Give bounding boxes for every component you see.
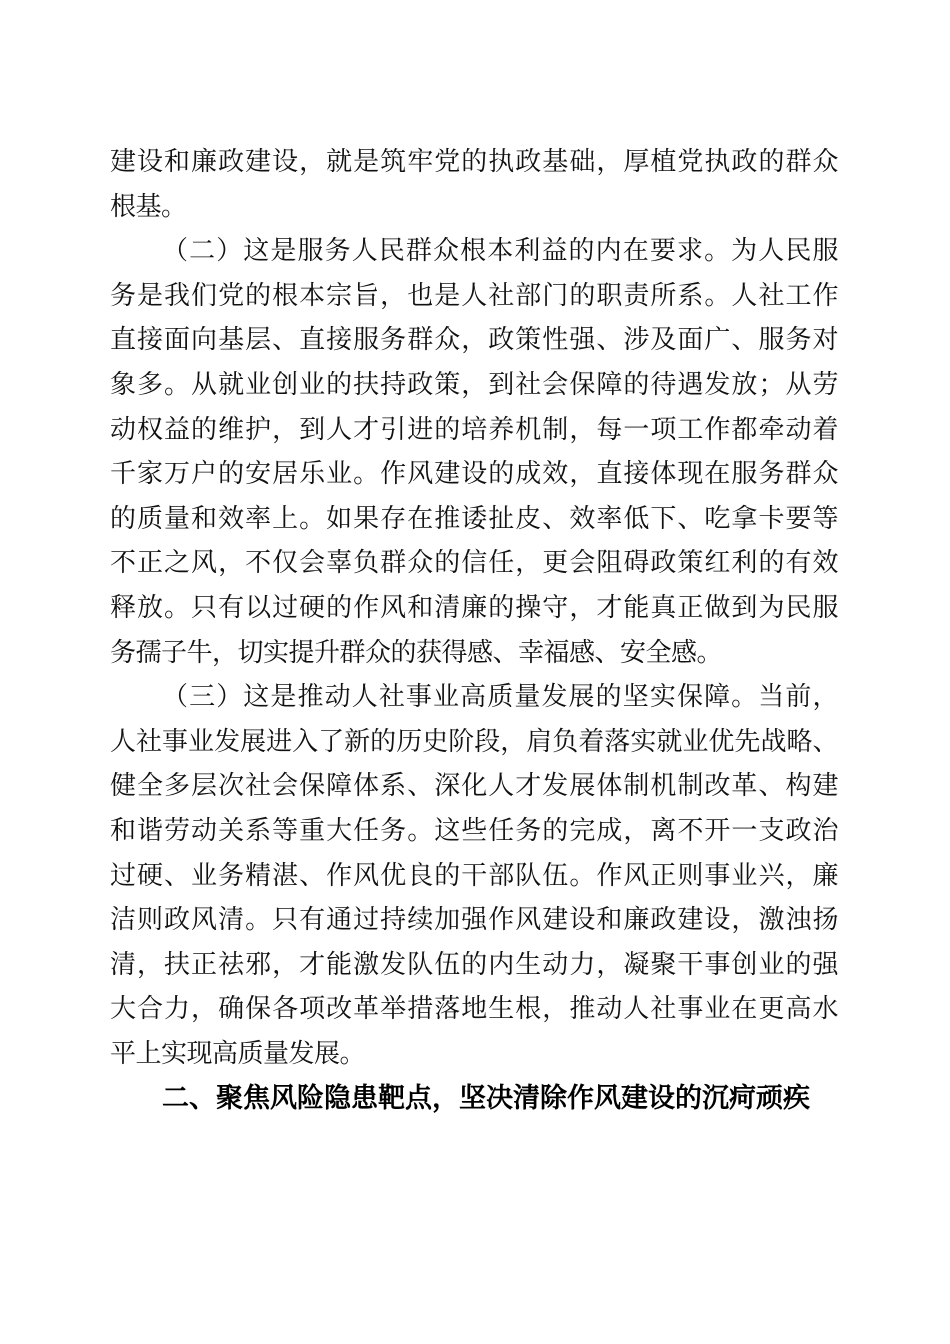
text-line: 洁则政风清。只有通过持续加强作风建设和廉政建设，激浊扬	[110, 898, 838, 943]
text-line: 不正之风，不仅会辜负群众的信任，更会阻碍政策红利的有效	[110, 541, 838, 586]
paragraph-1: 建设和廉政建设，就是筑牢党的执政基础，厚植党执政的群众根基。	[110, 140, 838, 229]
paragraph-2: （二）这是服务人民群众根本利益的内在要求。为人民服务是我们党的根本宗旨，也是人社…	[110, 229, 838, 675]
text-line: （三）这是推动人社事业高质量发展的坚实保障。当前，	[110, 675, 838, 720]
text-line: 千家万户的安居乐业。作风建设的成效，直接体现在服务群众	[110, 452, 838, 497]
text-line: 直接面向基层、直接服务群众，政策性强、涉及面广、服务对	[110, 318, 838, 363]
text-line: 和谐劳动关系等重大任务。这些任务的完成，离不开一支政治	[110, 809, 838, 854]
text-line: 平上实现高质量发展。	[110, 1032, 838, 1077]
text-line: 的质量和效率上。如果存在推诿扯皮、效率低下、吃拿卡要等	[110, 497, 838, 542]
text-line: 务是我们党的根本宗旨，也是人社部门的职责所系。人社工作	[110, 274, 838, 319]
text-line: 动权益的维护，到人才引进的培养机制，每一项工作都牵动着	[110, 408, 838, 453]
text-line: 健全多层次社会保障体系、深化人才发展体制机制改革、构建	[110, 764, 838, 809]
text-line: 清，扶正祛邪，才能激发队伍的内生动力，凝聚干事创业的强	[110, 943, 838, 988]
document-page: 建设和廉政建设，就是筑牢党的执政基础，厚植党执政的群众根基。（二）这是服务人民群…	[0, 0, 950, 1344]
text-line: 务孺子牛，切实提升群众的获得感、幸福感、安全感。	[110, 631, 838, 676]
text-line: 根基。	[110, 185, 838, 230]
document-body: 建设和廉政建设，就是筑牢党的执政基础，厚植党执政的群众根基。（二）这是服务人民群…	[110, 140, 838, 1121]
section-heading: 二、聚焦风险隐患靶点，坚决清除作风建设的沉疴顽疾	[110, 1076, 838, 1121]
text-line: 二、聚焦风险隐患靶点，坚决清除作风建设的沉疴顽疾	[110, 1076, 838, 1121]
text-line: 象多。从就业创业的扶持政策，到社会保障的待遇发放；从劳	[110, 363, 838, 408]
text-line: 大合力，确保各项改革举措落地生根，推动人社事业在更高水	[110, 987, 838, 1032]
paragraph-3: （三）这是推动人社事业高质量发展的坚实保障。当前，人社事业发展进入了新的历史阶段…	[110, 675, 838, 1076]
text-line: （二）这是服务人民群众根本利益的内在要求。为人民服	[110, 229, 838, 274]
text-line: 人社事业发展进入了新的历史阶段，肩负着落实就业优先战略、	[110, 720, 838, 765]
text-line: 过硬、业务精湛、作风优良的干部队伍。作风正则事业兴，廉	[110, 854, 838, 899]
text-line: 建设和廉政建设，就是筑牢党的执政基础，厚植党执政的群众	[110, 140, 838, 185]
text-line: 释放。只有以过硬的作风和清廉的操守，才能真正做到为民服	[110, 586, 838, 631]
